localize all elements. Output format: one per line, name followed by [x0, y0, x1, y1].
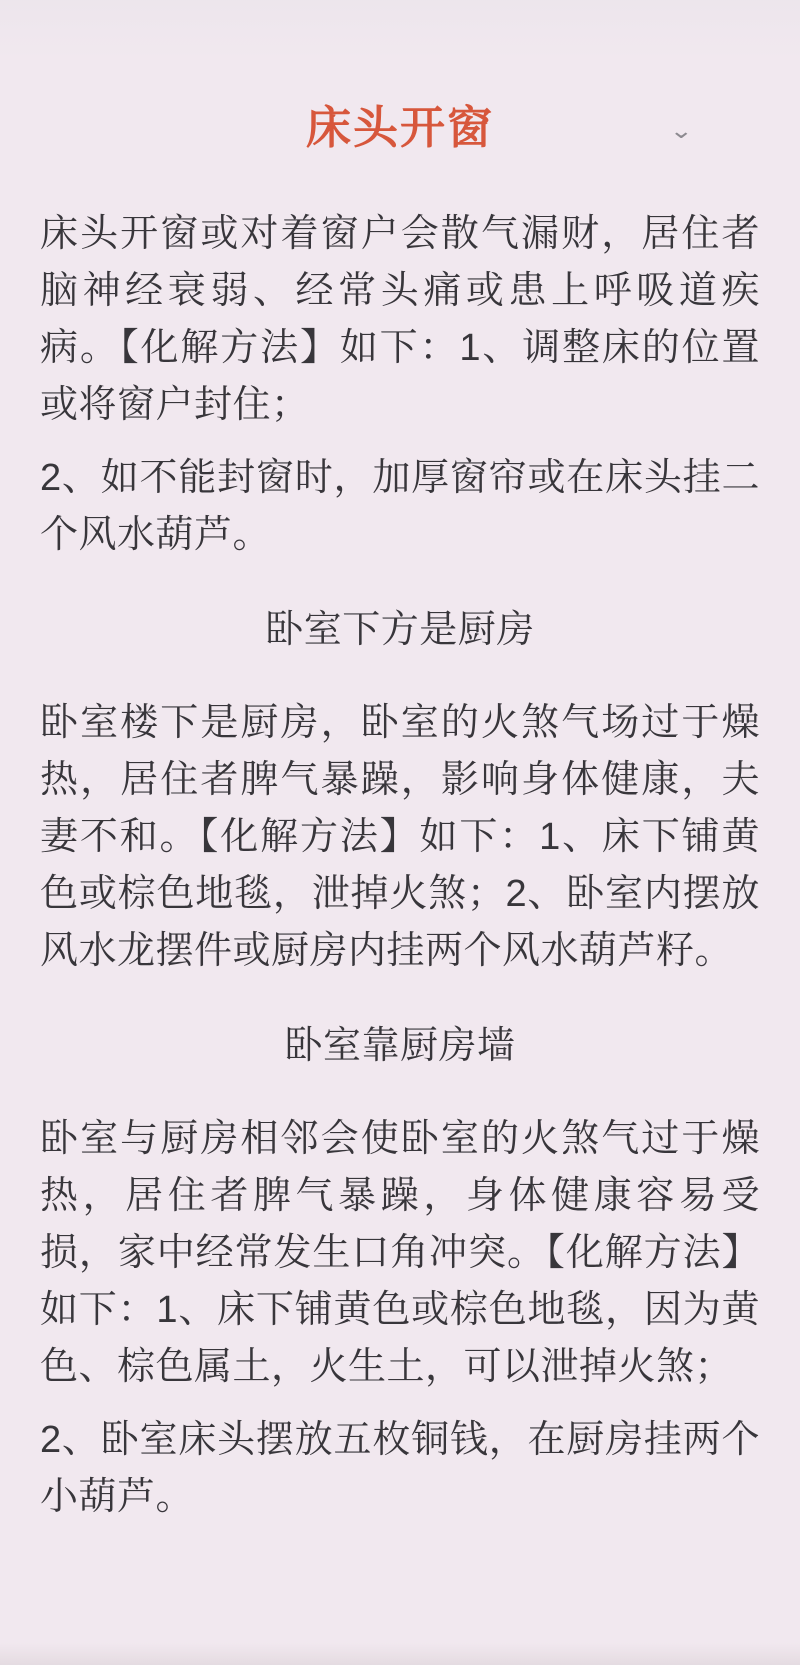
article-body: 床头开窗或对着窗户会散气漏财，居住者脑神经衰弱、经常头痛或患上呼吸道疾病。【化解…	[40, 206, 760, 1526]
chevron-down-icon: ⌄	[669, 120, 693, 142]
section-heading-bedroom-above-kitchen: 卧室下方是厨房	[40, 602, 760, 659]
article-page: 床头开窗 ⌄ 床头开窗或对着窗户会散气漏财，居住者脑神经衰弱、经常头痛或患上呼吸…	[0, 0, 800, 1665]
paragraph: 卧室与厨房相邻会使卧室的火煞气过于燥热，居住者脾气暴躁，身体健康容易受损，家中经…	[40, 1111, 760, 1396]
bottom-edge-shadow	[0, 1643, 800, 1665]
paragraph: 卧室楼下是厨房，卧室的火煞气场过于燥热，居住者脾气暴躁，影响身体健康，夫妻不和。…	[40, 695, 760, 980]
paragraph: 2、卧室床头摆放五枚铜钱，在厨房挂两个小葫芦。	[40, 1412, 760, 1526]
page-title: 床头开窗	[40, 100, 760, 156]
paragraph: 床头开窗或对着窗户会散气漏财，居住者脑神经衰弱、经常头痛或患上呼吸道疾病。【化解…	[40, 206, 760, 434]
paragraph: 2、如不能封窗时，加厚窗帘或在床头挂二个风水葫芦。	[40, 450, 760, 564]
section-heading-bedroom-against-kitchen-wall: 卧室靠厨房墙	[40, 1018, 760, 1075]
